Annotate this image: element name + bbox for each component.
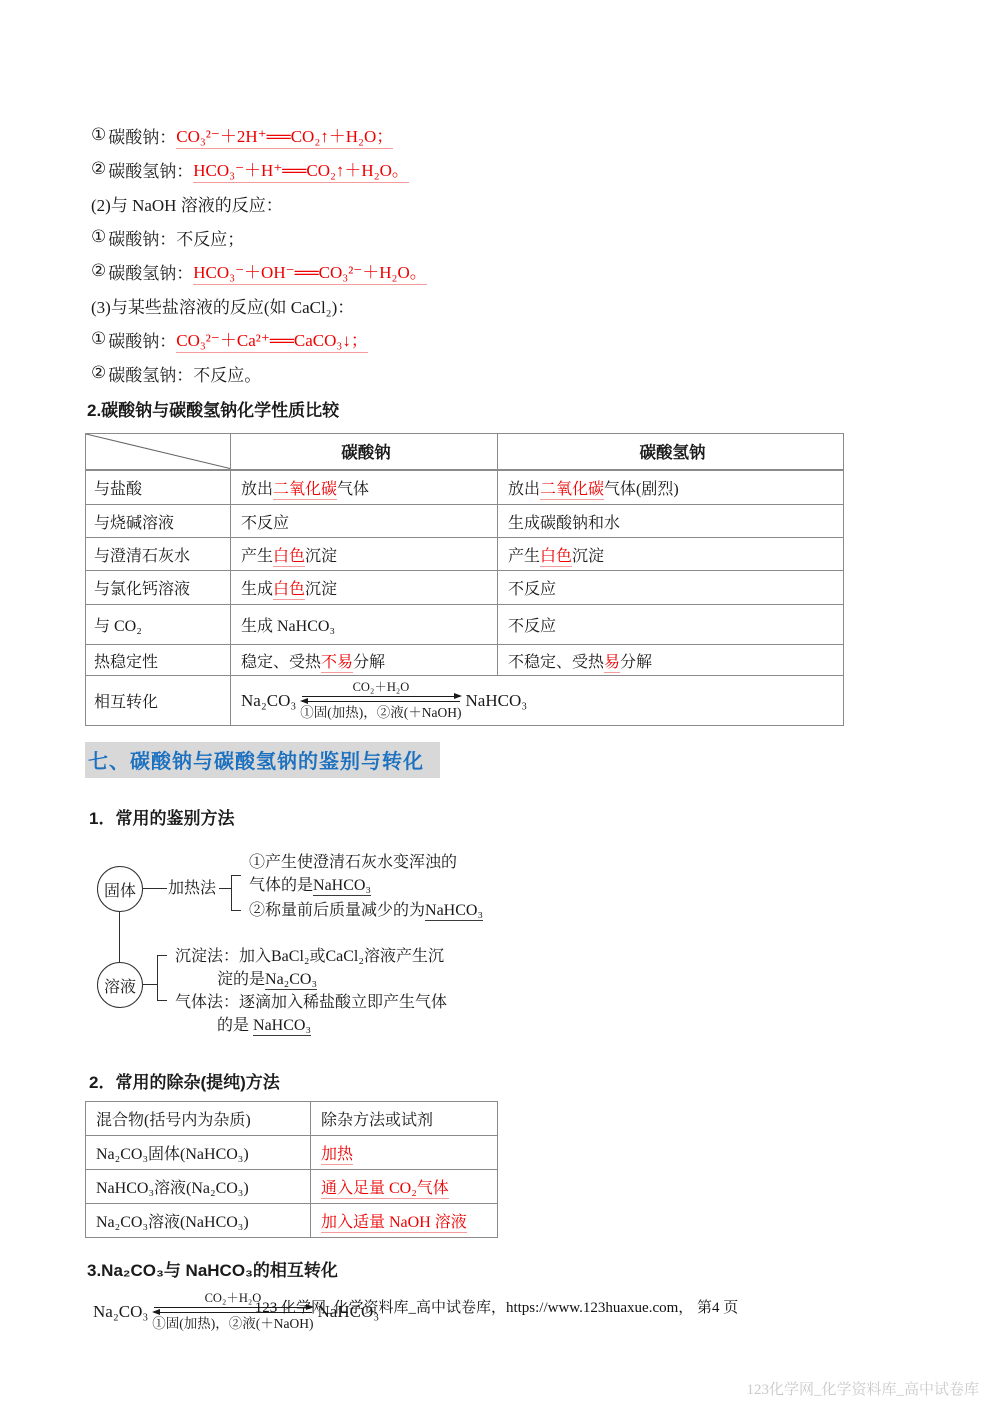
table-row: Na₂CO₃固体(NaHCO₃) 加热 bbox=[86, 1136, 498, 1170]
table-row: 与盐酸 放出二氧化碳气体 放出二氧化碳气体(剧烈) bbox=[86, 470, 844, 505]
connector-line bbox=[119, 912, 120, 962]
highlight-red: 不易 bbox=[321, 654, 353, 673]
cell-text: 气体 bbox=[337, 481, 369, 498]
row-label: 热稳定性 bbox=[86, 645, 231, 676]
row-label: 与烧碱溶液 bbox=[86, 505, 231, 538]
diagram-text: ②称量前后质量减少的为NaHCO₃ bbox=[249, 900, 483, 921]
table-header-row: 碳酸钠 碳酸氢钠 bbox=[86, 434, 844, 470]
highlight-red: 通入足量 CO₂气体 bbox=[321, 1180, 449, 1199]
condition-below: ①固(加热)，②液(＋NaOH) bbox=[300, 705, 461, 721]
line-text: (2)与 NaOH 溶液的反应： bbox=[91, 191, 283, 216]
heading-compare: 2.碳酸钠与碳酸氢钠化学性质比较 bbox=[87, 396, 911, 421]
highlight-red: 白色 bbox=[273, 581, 305, 600]
cell-text: 生成碳酸钠和水 bbox=[508, 515, 620, 532]
highlight-red: 加入适量 NaOH 溶液 bbox=[321, 1214, 467, 1233]
heading-identify: 1．常用的鉴别方法 bbox=[89, 804, 911, 829]
cell-text: 不反应 bbox=[508, 618, 556, 635]
reaction-line: ②碳酸氢钠：不反应。 bbox=[85, 356, 911, 390]
document-page: ①碳酸钠：CO₃²⁻＋2H⁺══CO₂↑＋H₂O； ②碳酸氢钠：HCO₃⁻＋H⁺… bbox=[0, 0, 993, 1404]
row-label: 与澄清石灰水 bbox=[86, 538, 231, 571]
formula-underlined: NaHCO₃ bbox=[425, 902, 483, 921]
diagram-text: ①产生使澄清石灰水变浑浊的 bbox=[249, 852, 457, 873]
table-row: 热稳定性 稳定、受热不易分解 不稳定、受热易分解 bbox=[86, 645, 844, 676]
line-label: 碳酸氢钠： bbox=[108, 259, 193, 284]
reaction-line: ①碳酸钠：CO₃²⁻＋2H⁺══CO₂↑＋H₂O； bbox=[85, 118, 911, 152]
formula-underlined: NaHCO₃ bbox=[253, 1017, 311, 1036]
circled-number: ① bbox=[91, 227, 106, 247]
heading-purify: 2．常用的除杂(提纯)方法 bbox=[89, 1068, 911, 1093]
cell-text: 分解 bbox=[620, 654, 652, 671]
identification-diagram: 固体 加热法 ①产生使澄清石灰水变浑浊的 气体的是NaHCO₃ ②称量前后质量减… bbox=[89, 843, 529, 1048]
formula-underlined: Na₂CO₃ bbox=[265, 971, 317, 990]
reaction-line: ①碳酸钠：CO₃²⁻＋Ca²⁺══CaCO₃↓； bbox=[85, 322, 911, 356]
branch-heating-label: 加热法 bbox=[168, 878, 216, 899]
diagram-text: ②称量前后质量减少的为 bbox=[249, 902, 425, 919]
table-row: 与烧碱溶液 不反应 生成碳酸钠和水 bbox=[86, 505, 844, 538]
watermark-text: 123化学网_化学资料库_高中试卷库 bbox=[746, 1378, 979, 1399]
page-footer: 123 化学网_化学资料库_高中试卷库，https://www.123huaxu… bbox=[0, 1296, 993, 1317]
cell-text: 不反应 bbox=[508, 581, 556, 598]
table-row: 与氯化钙溶液 生成白色沉淀 不反应 bbox=[86, 571, 844, 605]
mixture-cell: Na₂CO₃固体(NaHCO₃) bbox=[86, 1136, 311, 1170]
highlight-red: 二氧化碳 bbox=[540, 481, 604, 500]
highlight-red: 白色 bbox=[273, 548, 305, 567]
table-cell: 产生白色沉淀 bbox=[231, 538, 498, 571]
reaction-lines: ①碳酸钠：CO₃²⁻＋2H⁺══CO₂↑＋H₂O； ②碳酸氢钠：HCO₃⁻＋H⁺… bbox=[85, 118, 911, 390]
circled-number: ② bbox=[91, 159, 106, 179]
purify-table: 混合物(括号内为杂质) 除杂方法或试剂 Na₂CO₃固体(NaHCO₃) 加热 … bbox=[85, 1101, 498, 1238]
line-text: 不反应。 bbox=[193, 361, 261, 386]
row-label: 与 CO₂ bbox=[86, 605, 231, 645]
line-text: (3)与某些盐溶液的反应(如 CaCl₂)： bbox=[91, 293, 354, 318]
cell-text: 不反应 bbox=[241, 515, 289, 532]
column-header: 碳酸钠 bbox=[231, 434, 498, 470]
reaction-line: ①碳酸钠：不反应； bbox=[85, 220, 911, 254]
cell-text: 放出 bbox=[508, 481, 540, 498]
cell-text: 稳定、受热 bbox=[241, 654, 321, 671]
formula-left: Na₂CO₃ bbox=[241, 691, 296, 711]
cell-text: 生成 NaHCO₃ bbox=[241, 618, 335, 635]
cell-text: 沉淀 bbox=[572, 548, 604, 565]
table-cell: 不反应 bbox=[498, 605, 844, 645]
table-cell: 生成白色沉淀 bbox=[231, 571, 498, 605]
cell-text: 沉淀 bbox=[305, 548, 337, 565]
diagonal-line bbox=[86, 434, 230, 469]
formula-underlined: NaHCO₃ bbox=[313, 877, 371, 896]
line-text: 不反应； bbox=[176, 225, 244, 250]
highlight-red: 二氧化碳 bbox=[273, 481, 337, 500]
formula-right: NaHCO₃ bbox=[466, 691, 528, 711]
method-cell: 加热 bbox=[311, 1136, 498, 1170]
bracket bbox=[231, 875, 241, 911]
highlight-red: 加热 bbox=[321, 1146, 353, 1165]
line-label: 碳酸钠： bbox=[108, 123, 176, 148]
table-cell: 不稳定、受热易分解 bbox=[498, 645, 844, 676]
condition-below: ①固(加热)，②液(＋NaOH) bbox=[152, 1316, 313, 1332]
section-heading: 七、碳酸钠与碳酸氢钠的鉴别与转化 bbox=[85, 742, 440, 778]
column-header: 除杂方法或试剂 bbox=[311, 1102, 498, 1136]
diagram-text: 气体的是 bbox=[249, 877, 313, 894]
column-header: 混合物(括号内为杂质) bbox=[86, 1102, 311, 1136]
highlight-red: 白色 bbox=[540, 548, 572, 567]
cell-text: 产生 bbox=[508, 548, 540, 565]
table-header-row: 混合物(括号内为杂质) 除杂方法或试剂 bbox=[86, 1102, 498, 1136]
method-cell: 通入足量 CO₂气体 bbox=[311, 1170, 498, 1204]
cell-text: 放出 bbox=[241, 481, 273, 498]
table-cell: 稳定、受热不易分解 bbox=[231, 645, 498, 676]
diagonal-header-cell bbox=[86, 434, 231, 470]
row-label: 与氯化钙溶液 bbox=[86, 571, 231, 605]
line-label: 碳酸氢钠： bbox=[108, 361, 193, 386]
node-liquid: 溶液 bbox=[97, 962, 143, 1008]
page-content: ①碳酸钠：CO₃²⁻＋2H⁺══CO₂↑＋H₂O； ②碳酸氢钠：HCO₃⁻＋H⁺… bbox=[85, 0, 911, 1332]
table-row: 与澄清石灰水 产生白色沉淀 产生白色沉淀 bbox=[86, 538, 844, 571]
condition-above: CO₂＋H₂O bbox=[353, 680, 410, 694]
diagram-text: 气体的是NaHCO₃ bbox=[249, 875, 371, 896]
diagram-text: 气体法：逐滴加入稀盐酸立即产生气体 bbox=[175, 992, 447, 1013]
cell-text: 产生 bbox=[241, 548, 273, 565]
line-label: 碳酸钠： bbox=[108, 327, 176, 352]
equilibrium-arrow-icon bbox=[300, 694, 461, 705]
chemical-equation: CO₃²⁻＋2H⁺══CO₂↑＋H₂O； bbox=[176, 122, 393, 149]
chemical-equation: HCO₃⁻＋OH⁻══CO₃²⁻＋H₂O。 bbox=[193, 258, 427, 285]
circled-number: ② bbox=[91, 261, 106, 281]
equilibrium-arrows: CO₂＋H₂O ①固(加热)，②液(＋NaOH) bbox=[300, 680, 461, 721]
table-row: Na₂CO₃溶液(NaHCO₃) 加入适量 NaOH 溶液 bbox=[86, 1204, 498, 1238]
table-cell: 放出二氧化碳气体 bbox=[231, 470, 498, 505]
method-cell: 加入适量 NaOH 溶液 bbox=[311, 1204, 498, 1238]
table-row: 与 CO₂ 生成 NaHCO₃ 不反应 bbox=[86, 605, 844, 645]
bracket bbox=[157, 955, 167, 1001]
cell-text: 不稳定、受热 bbox=[508, 654, 604, 671]
cell-text: 生成 bbox=[241, 581, 273, 598]
reversible-equation: Na₂CO₃ CO₂＋H₂O ①固(加热)，②液(＋NaOH) NaHCO₃ bbox=[241, 680, 527, 721]
diagram-text: 的是 NaHCO₃ bbox=[217, 1015, 311, 1036]
line-label: 碳酸氢钠： bbox=[108, 157, 193, 182]
cell-text: 分解 bbox=[353, 654, 385, 671]
table-cell: 不反应 bbox=[231, 505, 498, 538]
reaction-line: (3)与某些盐溶液的反应(如 CaCl₂)： bbox=[85, 288, 911, 322]
circled-number: ① bbox=[91, 329, 106, 349]
circled-number: ② bbox=[91, 363, 106, 383]
table-row: 相互转化 Na₂CO₃ CO₂＋H₂O ①固(加热)，②液(＋NaOH) NaH… bbox=[86, 676, 844, 726]
line-label: 碳酸钠： bbox=[108, 225, 176, 250]
connector-line bbox=[143, 888, 167, 889]
connector-line bbox=[143, 984, 157, 985]
connector-line bbox=[219, 888, 231, 889]
table-cell-equation: Na₂CO₃ CO₂＋H₂O ①固(加热)，②液(＋NaOH) NaHCO₃ bbox=[231, 676, 844, 726]
mixture-cell: NaHCO₃溶液(Na₂CO₃) bbox=[86, 1170, 311, 1204]
reaction-line: ②碳酸氢钠：HCO₃⁻＋H⁺══CO₂↑＋H₂O。 bbox=[85, 152, 911, 186]
circled-number: ① bbox=[91, 125, 106, 145]
chemical-equation: CO₃²⁻＋Ca²⁺══CaCO₃↓； bbox=[176, 326, 368, 353]
table-cell: 产生白色沉淀 bbox=[498, 538, 844, 571]
mixture-cell: Na₂CO₃溶液(NaHCO₃) bbox=[86, 1204, 311, 1238]
heading-convert: 3.Na₂CO₃与 NaHCO₃的相互转化 bbox=[87, 1256, 911, 1281]
compare-table: 碳酸钠 碳酸氢钠 与盐酸 放出二氧化碳气体 放出二氧化碳气体(剧烈) 与烧碱溶液… bbox=[85, 433, 844, 726]
table-cell: 生成 NaHCO₃ bbox=[231, 605, 498, 645]
reaction-line: (2)与 NaOH 溶液的反应： bbox=[85, 186, 911, 220]
diagram-text: 沉淀法：加入BaCl₂或CaCl₂溶液产生沉 bbox=[175, 946, 444, 967]
table-cell: 不反应 bbox=[498, 571, 844, 605]
table-cell: 生成碳酸钠和水 bbox=[498, 505, 844, 538]
cell-text: 沉淀 bbox=[305, 581, 337, 598]
cell-text: 气体(剧烈) bbox=[604, 481, 679, 498]
table-row: NaHCO₃溶液(Na₂CO₃) 通入足量 CO₂气体 bbox=[86, 1170, 498, 1204]
table-cell: 放出二氧化碳气体(剧烈) bbox=[498, 470, 844, 505]
column-header: 碳酸氢钠 bbox=[498, 434, 844, 470]
diagram-text: 淀的是Na₂CO₃ bbox=[217, 969, 317, 990]
diagram-text: 的是 bbox=[217, 1017, 253, 1034]
row-label: 相互转化 bbox=[86, 676, 231, 726]
reaction-line: ②碳酸氢钠：HCO₃⁻＋OH⁻══CO₃²⁻＋H₂O。 bbox=[85, 254, 911, 288]
chemical-equation: HCO₃⁻＋H⁺══CO₂↑＋H₂O。 bbox=[193, 156, 409, 183]
diagram-text: 淀的是 bbox=[217, 971, 265, 988]
highlight-red: 易 bbox=[604, 654, 620, 673]
node-solid: 固体 bbox=[97, 866, 143, 912]
row-label: 与盐酸 bbox=[86, 470, 231, 505]
